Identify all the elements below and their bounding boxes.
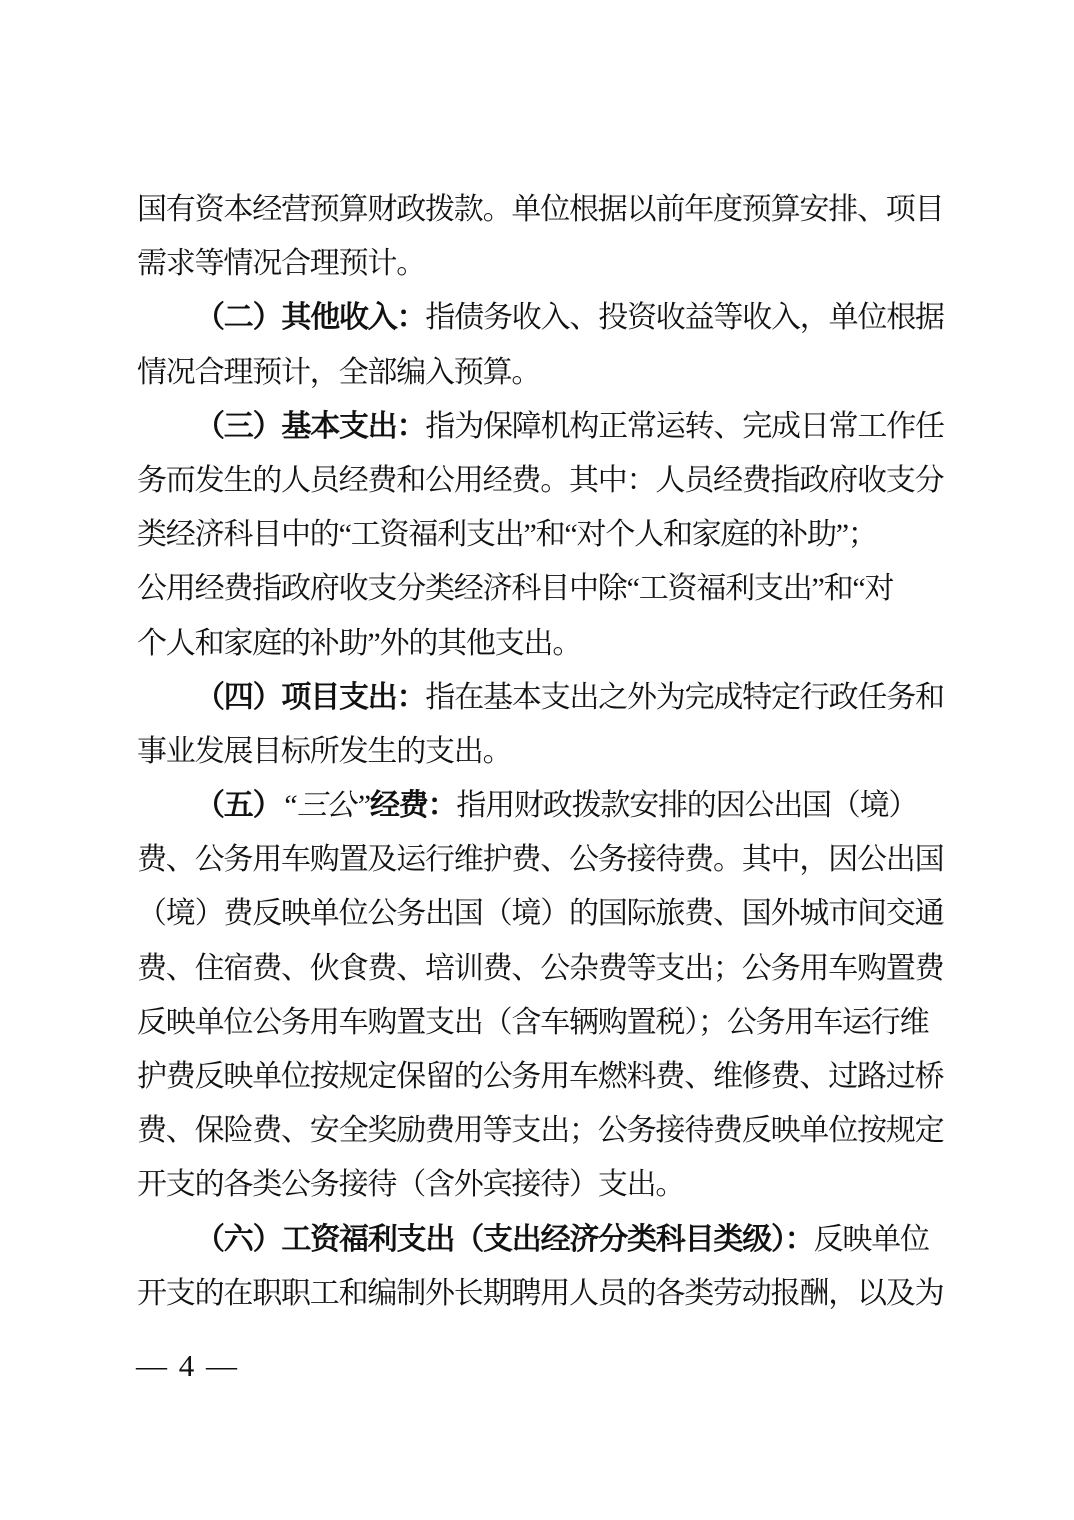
paragraph-body-text: 事业发展目标所发生的支出。 (137, 735, 511, 768)
paragraph-body-text: 反映单位 (814, 1223, 929, 1256)
text-line: 情况合理预计，全部编入预算。 (137, 346, 949, 400)
paragraph-body-text: 需求等情况合理预计。 (137, 247, 425, 280)
paragraph-body-text: 情况合理预计，全部编入预算。 (137, 356, 540, 389)
paragraph-body-text: 指为保障机构正常运转、完成日常工作任 (425, 410, 943, 443)
paragraph-body-text: 务而发生的人员经费和公用经费。其中：人员经费指政府收支分 (137, 464, 943, 497)
text-line: 开支的各类公务接待（含外宾接待）支出。 (137, 1158, 949, 1212)
document-body: 国有资本经营预算财政拨款。单位根据以前年度预算安排、项目需求等情况合理预计。（二… (137, 183, 949, 1321)
text-line: 费、公务用车购置及运行维护费、公务接待费。其中，因公出国 (137, 833, 949, 887)
text-line: 需求等情况合理预计。 (137, 237, 949, 291)
paragraph-body-text: 个人和家庭的补助”外的其他支出。 (137, 627, 581, 660)
text-line: （六）工资福利支出（支出经济分类科目类级）：反映单位 (137, 1213, 949, 1267)
text-line: 国有资本经营预算财政拨款。单位根据以前年度预算安排、项目 (137, 183, 949, 237)
text-line: 公用经费指政府收支分类经济科目中除“工资福利支出”和“对 (137, 562, 949, 616)
text-line: 护费反映单位按规定保留的公务用车燃料费、维修费、过路过桥 (137, 1050, 949, 1104)
paragraph-body-text: 护费反映单位按规定保留的公务用车燃料费、维修费、过路过桥 (137, 1060, 943, 1093)
page-footer: — 4 — (136, 1348, 239, 1384)
text-line: （四）项目支出：指在基本支出之外为完成特定行政任务和 (137, 671, 949, 725)
paragraph-heading-text: （四）项目支出： (195, 681, 425, 714)
text-line: 费、保险费、安全奖励费用等支出；公务接待费反映单位按规定 (137, 1104, 949, 1158)
page-number: — 4 — (136, 1348, 239, 1383)
text-line: （境）费反映单位公务出国（境）的国际旅费、国外城市间交通 (137, 887, 949, 941)
paragraph-heading-text: （六）工资福利支出（支出经济分类科目类级）： (195, 1223, 814, 1256)
paragraph-body-text: 指债务收入、投资收益等收入，单位根据 (425, 301, 943, 334)
paragraph-body-text: 开支的各类公务接待（含外宾接待）支出。 (137, 1168, 684, 1201)
text-line: 事业发展目标所发生的支出。 (137, 725, 949, 779)
document-page: 国有资本经营预算财政拨款。单位根据以前年度预算安排、项目需求等情况合理预计。（二… (0, 0, 1074, 1520)
paragraph-body-text: 费、保险费、安全奖励费用等支出；公务接待费反映单位按规定 (137, 1114, 943, 1147)
paragraph-body-text: “三公” (281, 789, 370, 822)
paragraph-body-text: 费、公务用车购置及运行维护费、公务接待费。其中，因公出国 (137, 843, 943, 876)
text-line: 开支的在职职工和编制外长期聘用人员的各类劳动报酬，以及为 (137, 1267, 949, 1321)
text-line: （三）基本支出：指为保障机构正常运转、完成日常工作任 (137, 400, 949, 454)
paragraph-body-text: 公用经费指政府收支分类经济科目中除“工资福利支出”和“对 (137, 572, 893, 605)
paragraph-heading-text: （五） (195, 789, 281, 822)
text-line: （五）“三公”经费：指用财政拨款安排的因公出国（境） (137, 779, 949, 833)
text-line: 个人和家庭的补助”外的其他支出。 (137, 617, 949, 671)
paragraph-body-text: 反映单位公务用车购置支出（含车辆购置税）；公务用车运行维 (137, 1006, 928, 1039)
paragraph-heading-text: （三）基本支出： (195, 410, 425, 443)
text-line: 类经济科目中的“工资福利支出”和“对个人和家庭的补助”； (137, 508, 949, 562)
paragraph-body-text: （境）费反映单位公务出国（境）的国际旅费、国外城市间交通 (137, 897, 943, 930)
paragraph-heading-text: 经费： (370, 789, 456, 822)
paragraph-heading-text: （二）其他收入： (195, 301, 425, 334)
paragraph-body-text: 指在基本支出之外为完成特定行政任务和 (425, 681, 943, 714)
paragraph-body-text: 费、住宿费、伙食费、培训费、公杂费等支出；公务用车购置费 (137, 952, 943, 985)
paragraph-body-text: 类经济科目中的“工资福利支出”和“对个人和家庭的补助”； (137, 518, 877, 551)
paragraph-body-text: 开支的在职职工和编制外长期聘用人员的各类劳动报酬，以及为 (137, 1277, 943, 1310)
text-line: （二）其他收入：指债务收入、投资收益等收入，单位根据 (137, 291, 949, 345)
text-line: 反映单位公务用车购置支出（含车辆购置税）；公务用车运行维 (137, 996, 949, 1050)
paragraph-body-text: 国有资本经营预算财政拨款。单位根据以前年度预算安排、项目 (137, 193, 943, 226)
text-line: 费、住宿费、伙食费、培训费、公杂费等支出；公务用车购置费 (137, 942, 949, 996)
text-line: 务而发生的人员经费和公用经费。其中：人员经费指政府收支分 (137, 454, 949, 508)
paragraph-body-text: 指用财政拨款安排的因公出国（境） (456, 789, 917, 822)
